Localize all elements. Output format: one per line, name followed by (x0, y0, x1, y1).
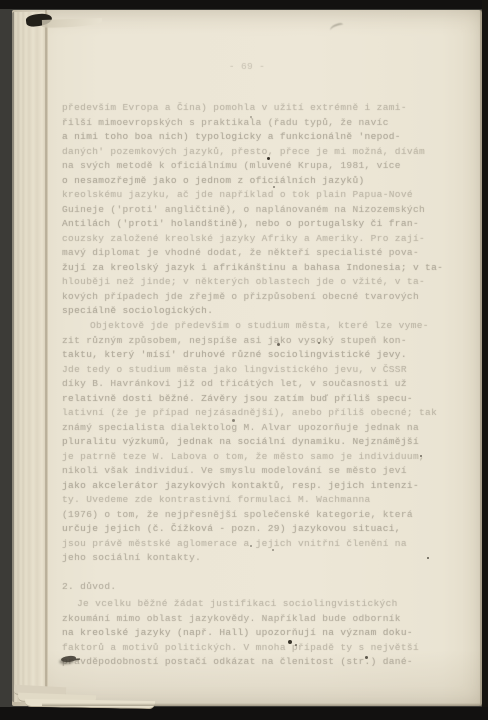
ink-speck (365, 656, 368, 659)
dark-background-top (0, 0, 488, 9)
scanned-book-photo: { "document": { "page_number": "- 69 -",… (0, 0, 488, 720)
ink-speck (288, 640, 292, 644)
text-line: určuje jejich (č. Čížková - pozn. 29) ja… (62, 522, 454, 537)
text-line: především Evropa a Čína) pomohla v užití… (62, 101, 454, 116)
text-line: relativně dosti běžné. Závěry jsou zatím… (62, 392, 454, 407)
paragraph-1: především Evropa a Čína) pomohla v užití… (62, 101, 454, 319)
ink-speck (232, 419, 235, 422)
ink-speck (277, 343, 280, 346)
ink-speck (273, 186, 275, 188)
page-edge-seam (45, 10, 47, 704)
dark-background-bottom (0, 707, 488, 720)
ink-speck (267, 157, 270, 160)
book-page: - 69 - především Evropa a Čína) pomohla … (12, 10, 482, 706)
text-line: žují za kreolský jazyk i afrikánštinu a … (62, 261, 454, 276)
text-line: jako akcelerátor jazykových kontaktů, re… (62, 479, 454, 494)
text-line: na kreolské jazyky (např. Hall) upozorňu… (62, 626, 454, 641)
text-line: nikoli však individuí. Ve smyslu modelov… (62, 464, 454, 479)
text-line: je patrně teze W. Labova o tom, že město… (62, 450, 454, 465)
text-line: řilší mimoevropských s praktikala (řadu … (62, 116, 454, 131)
text-line: o nesamozřejmě jako o jednom z oficiální… (62, 174, 454, 189)
text-line: díky B. Havránkovi již od třicátých let,… (62, 377, 454, 392)
text-line: jsou právě městské aglomerace a jejich v… (62, 537, 454, 552)
section-heading: 2. důvod. (62, 580, 116, 595)
text-line: speciálně sociologických. (62, 304, 454, 319)
text-line: pravděpodobností postačí odkázat na člen… (62, 655, 454, 670)
text-line: mavý diplomat je vhodné dodat, že někteř… (62, 246, 454, 261)
page-stack-fore-edge (12, 12, 48, 702)
ink-speck (250, 545, 252, 547)
page-bottom-shadow (42, 703, 480, 706)
curled-corner-fold (42, 18, 102, 28)
ink-speck (272, 549, 274, 551)
text-line: Objektově jde především o studium města,… (62, 319, 454, 334)
text-line: (1976) o tom, že nejpřesnější společensk… (62, 508, 454, 523)
page-number: - 69 - (12, 60, 482, 75)
text-line: daných' pozemkových jazyků, přesto, přec… (62, 145, 454, 160)
text-line: faktorů a motivů politických. V mnoha př… (62, 641, 454, 656)
text-line: známý specialista dialektolog M. Alvar u… (62, 421, 454, 436)
text-line: a nimi toho boa nich) typologicky a funk… (62, 130, 454, 145)
text-line: Jde tedy o studium města jako lingvistic… (62, 363, 454, 378)
text-line: couzsky založené kreolské jazyky Afriky … (62, 232, 454, 247)
page-right-edge (480, 10, 482, 706)
text-line: pluralitu výzkumů, jednak na sociální dy… (62, 435, 454, 450)
text-line: Guineje ('proti' angličtině), o naplánov… (62, 203, 454, 218)
text-line: Antilách ('proti' holandštině), nebo o p… (62, 217, 454, 232)
text-line: Je vcelku běžné žádat justifikaci sociol… (62, 597, 454, 612)
text-line: jeho sociální kontakty. (62, 551, 454, 566)
ink-speck (318, 342, 320, 344)
paragraph-3: Je vcelku běžné žádat justifikaci sociol… (62, 597, 454, 670)
ink-speck (295, 644, 297, 646)
text-line: ty. Uvedeme zde kontrastivní formulaci M… (62, 493, 454, 508)
text-line: kových případech jde zřejmě o přizpůsobe… (62, 290, 454, 305)
text-line: zit různým způsobem, nejspíše asi jako v… (62, 334, 454, 349)
text-line: lativní (že je případ nejzásadnější), an… (62, 406, 454, 421)
ink-speck (427, 557, 429, 559)
dark-background-right (482, 0, 488, 720)
ink-speck (250, 116, 252, 118)
ink-speck (420, 455, 422, 457)
paragraph-2: Objektově jde především o studium města,… (62, 319, 454, 566)
text-line: zkoumání mimo oblast jazykovědy. Napříkl… (62, 612, 454, 627)
text-line: taktu, který 'mísí' druhové různé sociol… (62, 348, 454, 363)
text-line: na svých metodě k oficiálnímu (mluvené K… (62, 159, 454, 174)
paper-scratch-mark (329, 22, 345, 35)
text-line: kreolskému jazyku, ač jde například o to… (62, 188, 454, 203)
text-line: hlouběji než jinde; v některých oblastec… (62, 275, 454, 290)
